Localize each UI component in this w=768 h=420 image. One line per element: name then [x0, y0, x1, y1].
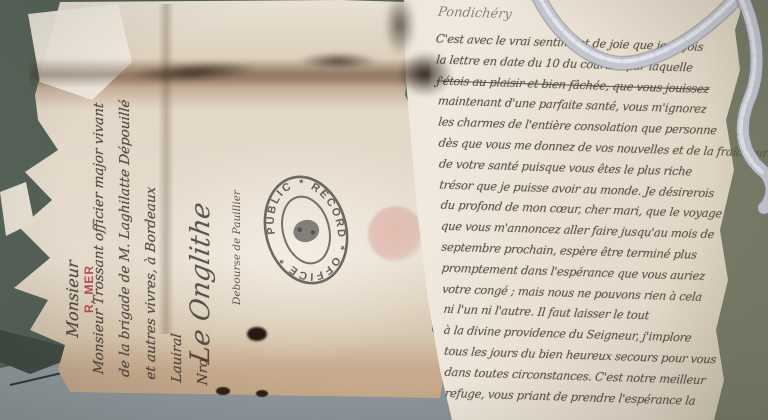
wax-seal	[368, 206, 424, 262]
address-line: et autres vivres, à Bordeaux	[138, 38, 164, 381]
photo-of-historic-letters: Monsieur Monsieur Trossant officier majo…	[0, 0, 768, 420]
endorsement-flourish: Le Onglithe	[185, 171, 235, 370]
letter-heading: Pondichéry	[437, 5, 513, 23]
address-line: Monsieur Trossant officier major vivant	[86, 33, 112, 376]
red-postmark: R. MER	[82, 243, 102, 313]
letter-handwriting-block: C'est avec le vrai sentiment de joie que…	[424, 31, 736, 415]
stamp-crest	[291, 217, 322, 245]
address-line: de la brigade de M. Laghilatte Dépouillé	[112, 35, 138, 378]
